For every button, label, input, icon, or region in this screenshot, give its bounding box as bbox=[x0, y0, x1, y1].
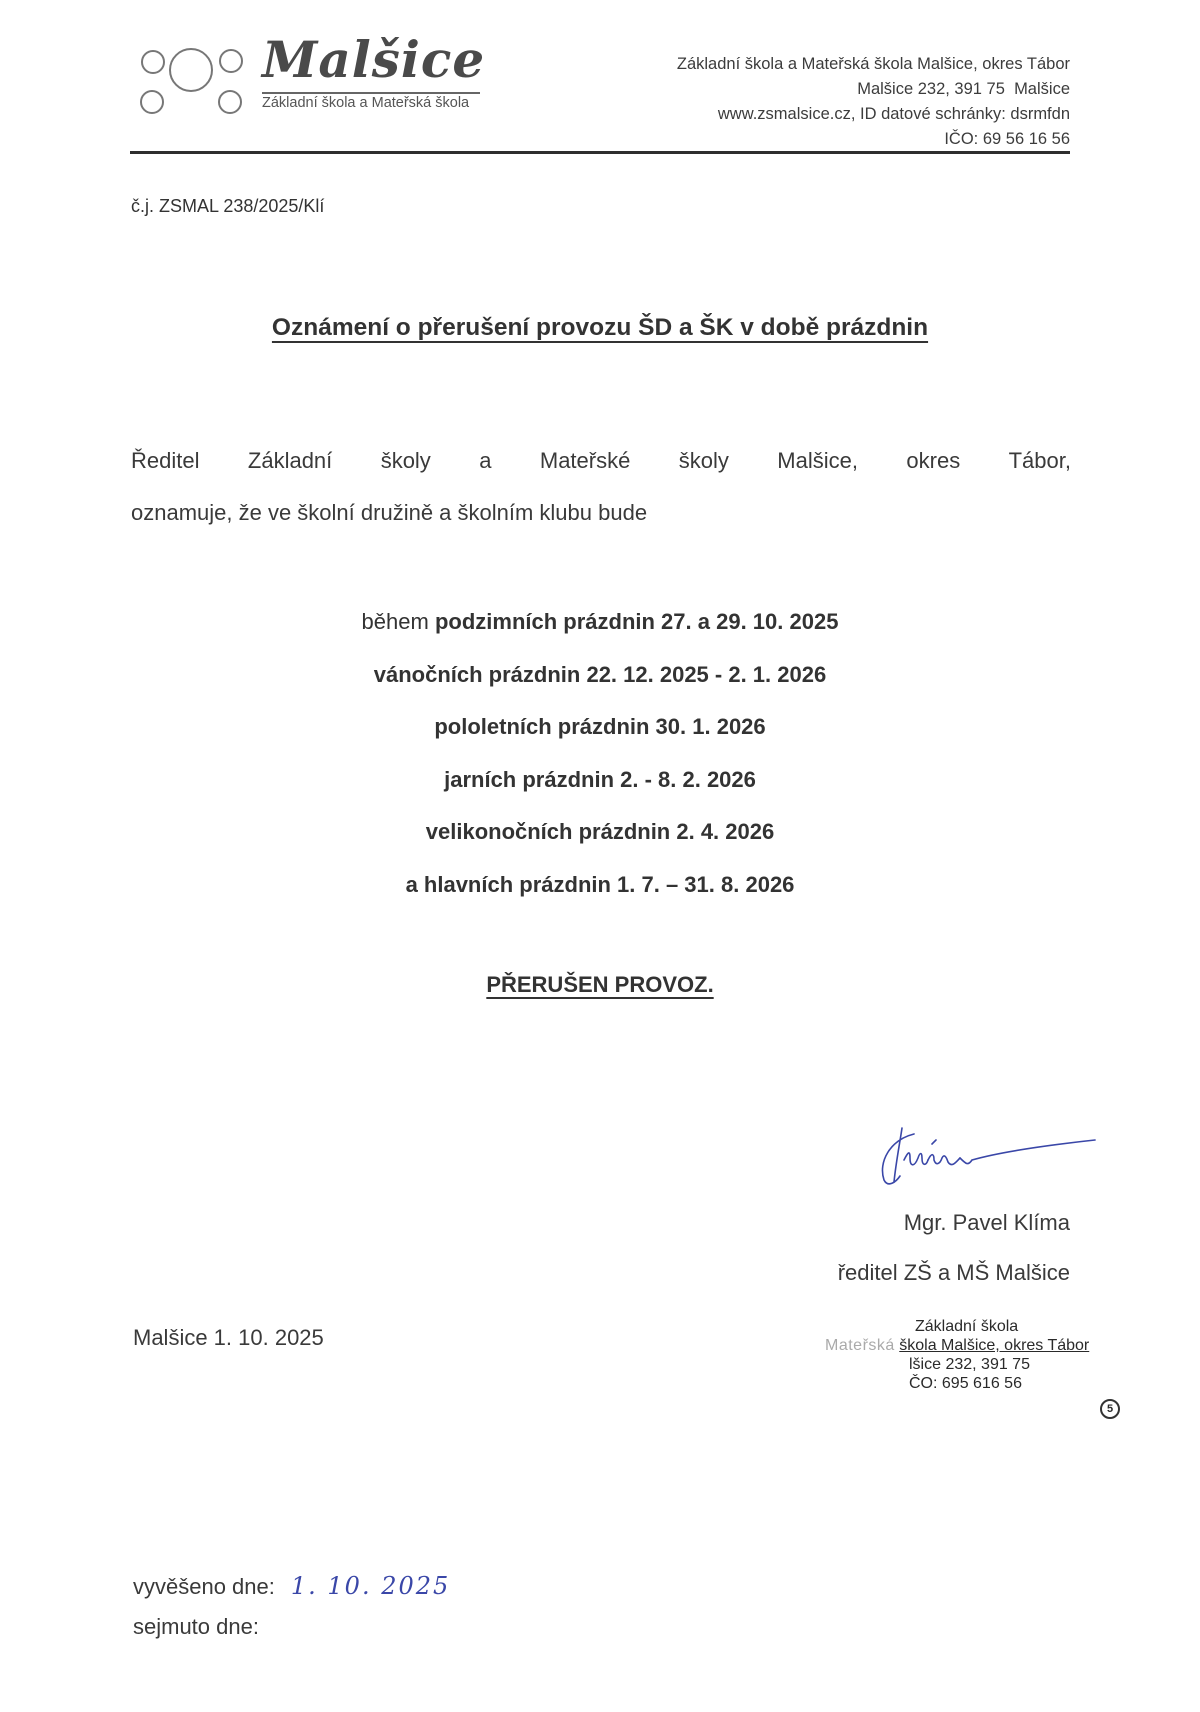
holiday-item-text: jarních prázdnin 2. - 8. 2. 2026 bbox=[444, 767, 756, 792]
intro-word: školy bbox=[679, 435, 729, 487]
organization-info: Základní škola a Mateřská škola Malšice,… bbox=[677, 52, 1070, 152]
intro-word: Malšice, bbox=[777, 435, 858, 487]
holiday-lead-word: během bbox=[362, 609, 429, 634]
stamp-line-2: Mateřská škola Malšice, okres Tábor bbox=[825, 1336, 1145, 1355]
conclusion: PŘERUŠEN PROVOZ. bbox=[0, 972, 1200, 998]
holiday-item: pololetních prázdnin 30. 1. 2026 bbox=[0, 701, 1200, 754]
holiday-item: a hlavních prázdnin 1. 7. – 31. 8. 2026 bbox=[0, 859, 1200, 912]
stamp-line-4: ČO: 695 616 56 bbox=[825, 1374, 1145, 1393]
conclusion-text: PŘERUŠEN PROVOZ. bbox=[486, 972, 713, 997]
signer-block: Mgr. Pavel Klíma ředitel ZŠ a MŠ Malšice bbox=[838, 1198, 1070, 1298]
posted-date-handwritten: 1. 10. 2025 bbox=[291, 1572, 450, 1600]
org-ico: IČO: 69 56 16 56 bbox=[677, 127, 1070, 152]
intro-line-2: oznamuje, že ve školní družině a školním… bbox=[131, 487, 1071, 539]
holiday-item-text: podzimních prázdnin 27. a 29. 10. 2025 bbox=[435, 609, 838, 634]
document-title-text: Oznámení o přerušení provozu ŠD a ŠK v d… bbox=[272, 314, 928, 341]
holiday-list: během podzimních prázdnin 27. a 29. 10. … bbox=[0, 596, 1200, 911]
signer-name: Mgr. Pavel Klíma bbox=[838, 1198, 1070, 1248]
holiday-item-text: vánočních prázdnin 22. 12. 2025 - 2. 1. … bbox=[374, 662, 826, 687]
intro-word: Základní bbox=[248, 435, 332, 487]
logo-subtitle: Základní škola a Mateřská škola bbox=[262, 94, 469, 112]
intro-word: Tábor, bbox=[1009, 435, 1071, 487]
holiday-item: vánočních prázdnin 22. 12. 2025 - 2. 1. … bbox=[0, 649, 1200, 702]
holiday-item: během podzimních prázdnin 27. a 29. 10. … bbox=[0, 596, 1200, 649]
removed-label: sejmuto dne: bbox=[133, 1614, 259, 1639]
stamp-line-2-faded: Mateřská bbox=[825, 1337, 895, 1354]
reference-number: č.j. ZSMAL 238/2025/Klí bbox=[131, 196, 324, 217]
org-web: www.zsmalsice.cz, ID datové schránky: ds… bbox=[677, 102, 1070, 127]
stamp-number: 5 bbox=[1100, 1399, 1120, 1419]
intro-line-1: ŘeditelZákladníškolyaMateřskéškolyMalšic… bbox=[131, 435, 1071, 487]
stamp-line-2-text: škola Malšice, okres Tábor bbox=[899, 1337, 1089, 1354]
org-address: Malšice 232, 391 75 Malšice bbox=[677, 77, 1070, 102]
logo-wordmark: Malšice bbox=[262, 30, 485, 90]
intro-word: okres bbox=[906, 435, 960, 487]
stamp-line-1: Základní škola bbox=[825, 1317, 1145, 1336]
stamp-line-3: lšice 232, 391 75 bbox=[825, 1355, 1145, 1374]
header-divider bbox=[130, 151, 1070, 154]
holiday-item: jarních prázdnin 2. - 8. 2. 2026 bbox=[0, 754, 1200, 807]
holiday-item-text: velikonočních prázdnin 2. 4. 2026 bbox=[426, 819, 774, 844]
signer-role: ředitel ZŠ a MŠ Malšice bbox=[838, 1248, 1070, 1298]
handwritten-signature-icon bbox=[870, 1122, 1100, 1192]
intro-paragraph: ŘeditelZákladníškolyaMateřskéškolyMalšic… bbox=[131, 435, 1071, 539]
holiday-item-text: pololetních prázdnin 30. 1. 2026 bbox=[434, 714, 765, 739]
posted-row: vyvěšeno dne:1. 10. 2025 bbox=[133, 1566, 450, 1607]
org-name: Základní škola a Mateřská škola Malšice,… bbox=[677, 52, 1070, 77]
posting-record: vyvěšeno dne:1. 10. 2025 sejmuto dne: bbox=[133, 1566, 450, 1647]
posted-label: vyvěšeno dne: bbox=[133, 1574, 275, 1599]
intro-word: Ředitel bbox=[131, 435, 199, 487]
removed-row: sejmuto dne: bbox=[133, 1607, 450, 1647]
intro-word: a bbox=[479, 435, 491, 487]
holiday-item: velikonočních prázdnin 2. 4. 2026 bbox=[0, 806, 1200, 859]
document-title: Oznámení o přerušení provozu ŠD a ŠK v d… bbox=[0, 314, 1200, 342]
official-stamp: Základní škola Mateřská škola Malšice, o… bbox=[825, 1317, 1145, 1393]
logo-circles-icon bbox=[140, 40, 260, 115]
intro-word: Mateřské bbox=[540, 435, 630, 487]
place-and-date: Malšice 1. 10. 2025 bbox=[133, 1325, 324, 1351]
intro-word: školy bbox=[381, 435, 431, 487]
holiday-item-text: a hlavních prázdnin 1. 7. – 31. 8. 2026 bbox=[406, 872, 795, 897]
